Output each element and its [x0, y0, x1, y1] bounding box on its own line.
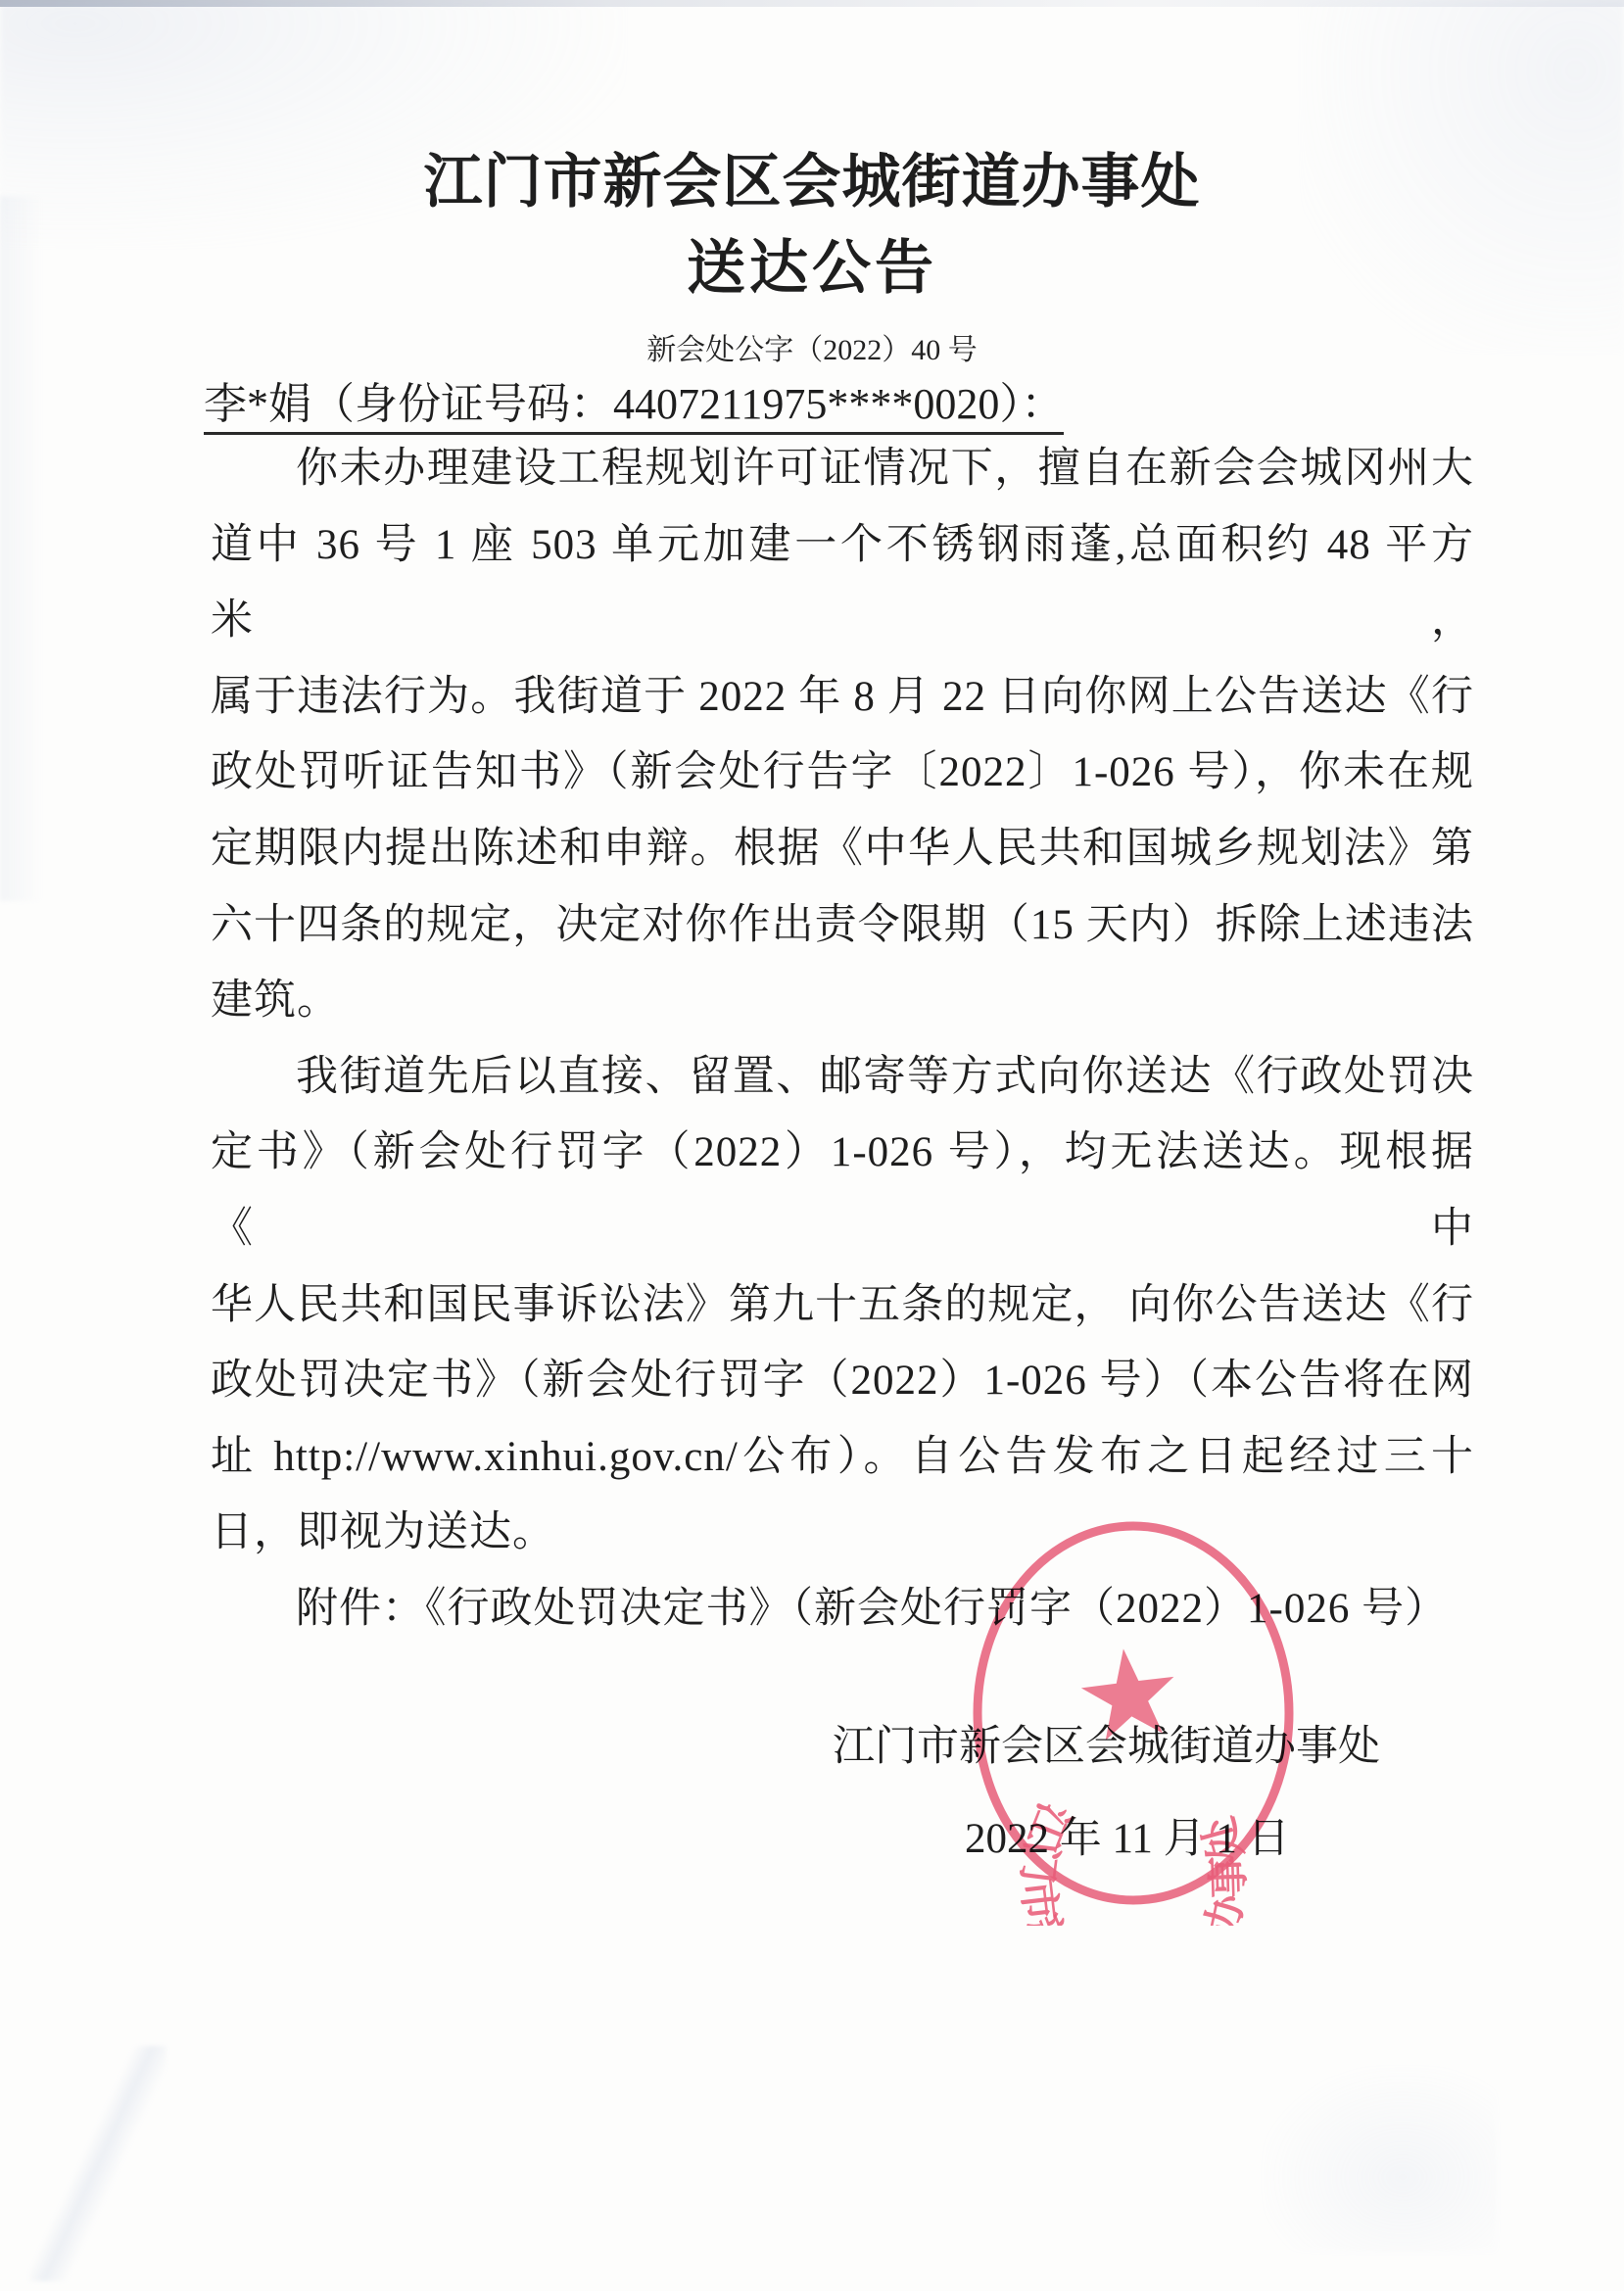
document-body: 你未办理建设工程规划许可证情况下，擅自在新会会城冈州大 道中 36 号 1 座 …: [211, 431, 1474, 1647]
body-line: 你未办理建设工程规划许可证情况下，擅自在新会会城冈州大: [211, 431, 1474, 507]
body-line: 定书》（新会处行罚字（2022）1-026 号），均无法送达。现根据《中: [211, 1115, 1474, 1266]
body-line: 道中 36 号 1 座 503 单元加建一个不锈钢雨蓬,总面积约 48 平方米，: [211, 507, 1474, 659]
seal-arc-text: 江门市新会区会城街道办事处: [1013, 1796, 1254, 1926]
scan-artifact: [1262, 2066, 1497, 2252]
body-line: 属于违法行为。我街道于 2022 年 8 月 22 日向你网上公告送达《行: [211, 659, 1474, 736]
body-line: 华人民共和国民事诉讼法》第九十五条的规定， 向你公告送达《行: [211, 1267, 1474, 1344]
document-title: 江门市新会区会城街道办事处: [0, 147, 1624, 217]
document-number: 新会处公字（2022）40 号: [0, 333, 1624, 368]
scan-artifact: [29, 2046, 167, 2281]
addressee-name-id: 李*娟（身份证号码：4407211975****0020）：: [204, 380, 1064, 435]
body-line: 我街道先后以直接、留置、邮寄等方式向你送达《行政处罚决: [211, 1039, 1474, 1116]
body-line: 政处罚听证告知书》（新会处行告字〔2022〕1-026 号），你未在规: [211, 735, 1474, 811]
addressee-line: 李*娟（身份证号码：4407211975****0020）：: [204, 378, 1624, 431]
document-subtitle: 送达公告: [0, 233, 1624, 304]
star-icon: [1077, 1644, 1181, 1742]
body-line: 定期限内提出陈述和申辩。根据《中华人民共和国城乡规划法》第: [211, 811, 1474, 887]
body-line: 建筑。: [211, 963, 1474, 1039]
body-line: 政处罚决定书》（新会处行罚字（2022）1-026 号）（本公告将在网: [211, 1343, 1474, 1419]
scanned-document-page: 江门市新会区会城街道办事处 送达公告 新会处公字（2022）40 号 李*娟（身…: [0, 0, 1624, 2291]
body-line: 六十四条的规定，决定对你作出责令限期（15 天内）拆除上述违法: [211, 887, 1474, 964]
body-line: 址 http://www.xinhui.gov.cn/公布）。自公告发布之日起经…: [211, 1419, 1474, 1496]
scan-artifact: [0, 0, 1624, 7]
official-seal: 江门市新会区会城街道办事处: [947, 1503, 1319, 1926]
